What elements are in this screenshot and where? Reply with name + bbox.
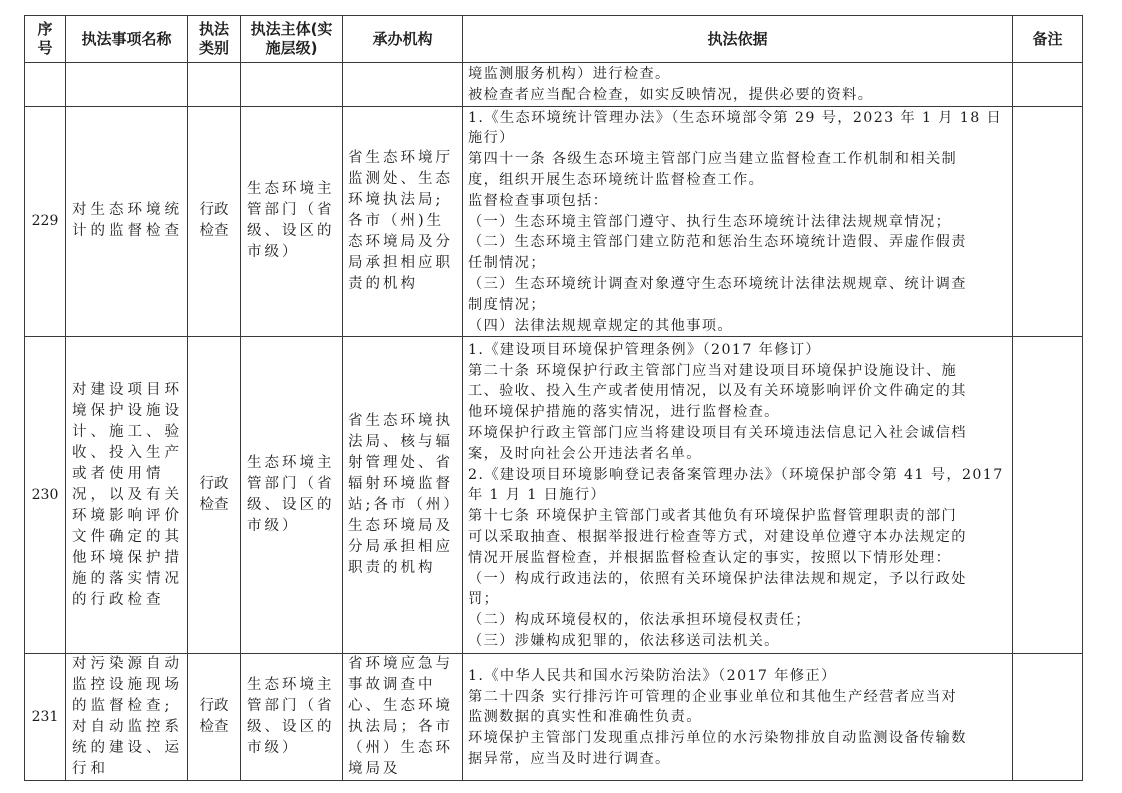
- index-text: 229: [25, 211, 65, 232]
- organization-text: 省生态环境执法局、核与辐射管理处、省辐射环境监督站;各市（州）生态环境局及分局承…: [343, 411, 462, 579]
- cell-remark: [1013, 337, 1083, 654]
- basis-line: （二）构成环境侵权的，依法承担环境侵权责任；: [468, 610, 1008, 631]
- category-text: 行政检查: [188, 696, 240, 738]
- header-item-name-label: 执法事项名称: [66, 30, 187, 49]
- basis-text: 境监测服务机构）进行检查。 被检查者应当配合检查，如实反映情况，提供必要的资料。: [463, 63, 1012, 106]
- basis-line: （三）涉嫌构成犯罪的，依法移送司法机关。: [468, 631, 1008, 652]
- header-index: 序 号: [25, 16, 66, 63]
- cell-index: 230: [25, 337, 66, 654]
- basis-line: 年 1 月 1 日施行）: [468, 485, 1008, 506]
- basis-line: 1.《生态环境统计管理办法》（生态环境部令第 29 号，2023 年 1 月 1…: [468, 108, 1008, 129]
- cell-organization: 省生态环境执法局、核与辐射管理处、省辐射环境监督站;各市（州）生态环境局及分局承…: [343, 337, 463, 654]
- basis-line: 环境保护主管部门发现重点排污单位的水污染物排放自动监测设备传输数: [468, 728, 1008, 749]
- header-category-line-1: 执法: [191, 20, 237, 39]
- basis-line: 监测数据的真实性和准确性负责。: [468, 707, 1008, 728]
- category-text: 行政检查: [188, 474, 240, 516]
- cell-index: 229: [25, 106, 66, 337]
- header-index-line-2: 号: [28, 39, 62, 58]
- document-page: 序 号 执法事项名称 执法 类别 执法主体(实 施层级): [24, 15, 1083, 781]
- cell-subject: 生态环境主管部门（省级、设区的市级）: [241, 654, 343, 781]
- header-category-line-2: 类别: [191, 39, 237, 58]
- header-subject-line-1: 执法主体(实: [244, 20, 339, 39]
- basis-line: 施行）: [468, 128, 1008, 149]
- basis-line: 度，组织开展生态环境统计监督检查工作。: [468, 170, 1008, 191]
- basis-line: 2.《建设项目环境影响登记表备案管理办法》（环境保护部令第 41 号，2017: [468, 465, 1008, 486]
- header-index-line-1: 序: [28, 20, 62, 39]
- cell-item-name: 对生态环境统计的监督检查: [66, 106, 188, 337]
- cell-subject: [241, 63, 343, 107]
- header-remark: 备注: [1013, 16, 1083, 63]
- header-organization-label: 承办机构: [343, 30, 462, 49]
- header-basis: 执法依据: [463, 16, 1013, 63]
- cell-basis: 1.《建设项目环境保护管理条例》（2017 年修订） 第二十条 环境保护行政主管…: [463, 337, 1013, 654]
- cell-category: 行政检查: [188, 106, 241, 337]
- cell-basis: 1.《生态环境统计管理办法》（生态环境部令第 29 号，2023 年 1 月 1…: [463, 106, 1013, 337]
- basis-line: （三）生态环境统计调查对象遵守生态环境统计法律法规规章、统计调查: [468, 274, 1008, 295]
- cell-organization: 省环境应急与事故调查中心、生态环境执法局；各市（州）生态环境局及: [343, 654, 463, 781]
- basis-line: 案，及时向社会公开违法者名单。: [468, 444, 1008, 465]
- basis-line: 任制情况；: [468, 253, 1008, 274]
- basis-text: 1.《建设项目环境保护管理条例》（2017 年修订） 第二十条 环境保护行政主管…: [463, 339, 1012, 652]
- basis-line: 环境保护行政主管部门应当将建设项目有关环境违法信息记入社会诚信档: [468, 423, 1008, 444]
- header-item-name: 执法事项名称: [66, 16, 188, 63]
- cell-index: 231: [25, 654, 66, 781]
- header-remark-label: 备注: [1013, 30, 1082, 49]
- basis-text: 1.《中华人民共和国水污染防治法》（2017 年修正） 第二十四条 实行排污许可…: [463, 665, 1012, 770]
- basis-line: 1.《建设项目环境保护管理条例》（2017 年修订）: [468, 340, 1008, 361]
- category-text: 行政检查: [188, 200, 240, 242]
- basis-line: 据异常，应当及时进行调查。: [468, 749, 1008, 770]
- basis-line: （四）法律法规规章规定的其他事项。: [468, 316, 1008, 337]
- cell-category: 行政检查: [188, 654, 241, 781]
- table-row: 230 对建设项目环境保护设施设计、施工、验收、投入生产或者使用情况，以及有关环…: [25, 337, 1083, 654]
- enforcement-items-table: 序 号 执法事项名称 执法 类别 执法主体(实 施层级): [24, 15, 1083, 781]
- item-name-text: 对污染源自动监控设施现场的监督检查;对自动监控系统的建设、运行和: [66, 654, 187, 780]
- header-category: 执法 类别: [188, 16, 241, 63]
- item-name-text: 对生态环境统计的监督检查: [66, 200, 187, 242]
- cell-organization: [343, 63, 463, 107]
- basis-line: 罚；: [468, 589, 1008, 610]
- cell-category: 行政检查: [188, 337, 241, 654]
- basis-line: 第二十条 环境保护行政主管部门应当对建设项目环境保护设施设计、施: [468, 361, 1008, 382]
- cell-basis: 1.《中华人民共和国水污染防治法》（2017 年修正） 第二十四条 实行排污许可…: [463, 654, 1013, 781]
- basis-line: （一）生态环境主管部门遵守、执行生态环境统计法律法规规章情况；: [468, 212, 1008, 233]
- cell-category: [188, 63, 241, 107]
- cell-subject: 生态环境主管部门（省级、设区的市级）: [241, 106, 343, 337]
- index-text: 231: [25, 707, 65, 728]
- basis-line: 制度情况；: [468, 295, 1008, 316]
- basis-line: 被检查者应当配合检查，如实反映情况，提供必要的资料。: [468, 85, 1008, 106]
- subject-text: 生态环境主管部门（省级、设区的市级）: [241, 453, 342, 537]
- index-text: 230: [25, 485, 65, 506]
- cell-organization: 省生态环境厅监测处、生态环境执法局;各市（州)生态环境局及分局承担相应职责的机构: [343, 106, 463, 337]
- cell-index: [25, 63, 66, 107]
- organization-text: 省环境应急与事故调查中心、生态环境执法局；各市（州）生态环境局及: [343, 654, 462, 780]
- header-subject: 执法主体(实 施层级): [241, 16, 343, 63]
- subject-text: 生态环境主管部门（省级、设区的市级）: [241, 179, 342, 263]
- cell-item-name: [66, 63, 188, 107]
- table-header-row: 序 号 执法事项名称 执法 类别 执法主体(实 施层级): [25, 16, 1083, 63]
- cell-item-name: 对污染源自动监控设施现场的监督检查;对自动监控系统的建设、运行和: [66, 654, 188, 781]
- header-basis-label: 执法依据: [463, 30, 1012, 49]
- cell-basis: 境监测服务机构）进行检查。 被检查者应当配合检查，如实反映情况，提供必要的资料。: [463, 63, 1013, 107]
- header-subject-line-2: 施层级): [244, 39, 339, 58]
- table-row: 229 对生态环境统计的监督检查 行政检查 生态环境主管部门（省级、设区的市级）…: [25, 106, 1083, 337]
- subject-text: 生态环境主管部门（省级、设区的市级）: [241, 675, 342, 759]
- basis-line: 第四十一条 各级生态环境主管部门应当建立监督检查工作机制和相关制: [468, 149, 1008, 170]
- basis-line: 情况开展监督检查，并根据监督检查认定的事实，按照以下情形处理：: [468, 548, 1008, 569]
- basis-line: 工、验收、投入生产或者使用情况，以及有关环境影响评价文件确定的其: [468, 381, 1008, 402]
- basis-line: 他环境保护措施的落实情况，进行监督检查。: [468, 402, 1008, 423]
- item-name-text: 对建设项目环境保护设施设计、施工、验收、投入生产或者使用情况，以及有关环境影响评…: [66, 380, 187, 611]
- cell-remark: [1013, 106, 1083, 337]
- basis-line: 第二十四条 实行排污许可管理的企业事业单位和其他生产经营者应当对: [468, 687, 1008, 708]
- table-row: 231 对污染源自动监控设施现场的监督检查;对自动监控系统的建设、运行和 行政检…: [25, 654, 1083, 781]
- basis-line: 可以采取抽查、根据举报进行检查等方式，对建设单位遵守本办法规定的: [468, 527, 1008, 548]
- basis-line: （二）生态环境主管部门建立防范和惩治生态环境统计造假、弄虚作假责: [468, 232, 1008, 253]
- basis-line: 第十七条 环境保护主管部门或者其他负有环境保护监督管理职责的部门: [468, 506, 1008, 527]
- header-organization: 承办机构: [343, 16, 463, 63]
- cell-subject: 生态环境主管部门（省级、设区的市级）: [241, 337, 343, 654]
- cell-remark: [1013, 63, 1083, 107]
- cell-item-name: 对建设项目环境保护设施设计、施工、验收、投入生产或者使用情况，以及有关环境影响评…: [66, 337, 188, 654]
- table-row: 境监测服务机构）进行检查。 被检查者应当配合检查，如实反映情况，提供必要的资料。: [25, 63, 1083, 107]
- organization-text: 省生态环境厅监测处、生态环境执法局;各市（州)生态环境局及分局承担相应职责的机构: [343, 148, 462, 295]
- basis-line: （一）构成行政违法的，依照有关环境保护法律法规和规定，予以行政处: [468, 569, 1008, 590]
- cell-remark: [1013, 654, 1083, 781]
- basis-line: 境监测服务机构）进行检查。: [468, 64, 1008, 85]
- basis-text: 1.《生态环境统计管理办法》（生态环境部令第 29 号，2023 年 1 月 1…: [463, 107, 1012, 337]
- basis-line: 1.《中华人民共和国水污染防治法》（2017 年修正）: [468, 666, 1008, 687]
- basis-line: 监督检查事项包括：: [468, 191, 1008, 212]
